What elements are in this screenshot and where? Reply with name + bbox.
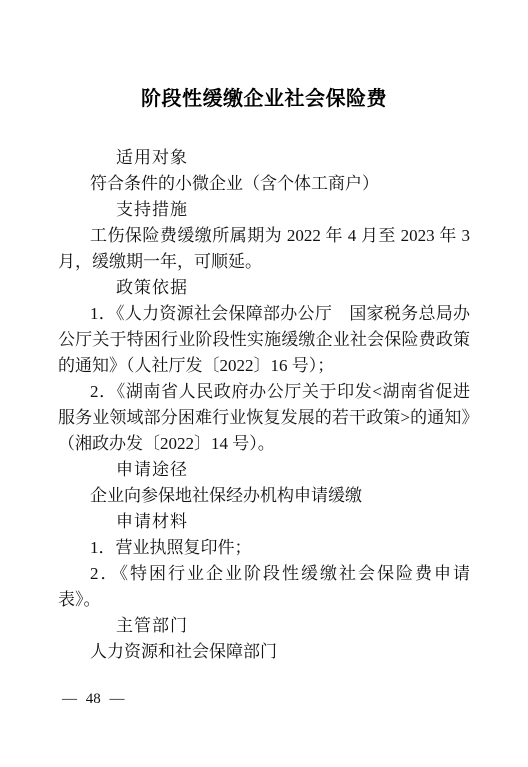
material-item-1: 1．营业执照复印件； xyxy=(58,535,470,561)
section-header-support-measures: 支持措施 xyxy=(58,197,470,223)
page-title: 阶段性缓缴企业社会保险费 xyxy=(0,86,528,112)
material-item-2: 2．《特困行业企业阶段性缓缴社会保险费申请表》。 xyxy=(58,561,470,613)
policy-item-2: 2．《湖南省人民政府办公厅关于印发<湖南省促进服务业领域部分困难行业恢复发展的若… xyxy=(58,379,470,457)
section-header-policy-basis: 政策依据 xyxy=(58,275,470,301)
document-page: 阶段性缓缴企业社会保险费 适用对象 符合条件的小微企业（含个体工商户） 支持措施… xyxy=(0,0,528,767)
paragraph-application-channel: 企业向参保地社保经办机构申请缓缴 xyxy=(58,483,470,509)
section-header-competent-department: 主管部门 xyxy=(58,613,470,639)
paragraph-applicable-targets: 符合条件的小微企业（含个体工商户） xyxy=(58,171,470,197)
section-header-applicable-targets: 适用对象 xyxy=(58,145,470,171)
section-header-application-materials: 申请材料 xyxy=(58,509,470,535)
policy-item-1: 1．《人力资源社会保障部办公厅 国家税务总局办公厅关于特困行业阶段性实施缓缴企业… xyxy=(58,301,470,379)
section-header-application-channel: 申请途径 xyxy=(58,457,470,483)
page-number: — 48 — xyxy=(62,689,125,709)
paragraph-competent-department: 人力资源和社会保障部门 xyxy=(58,639,470,665)
paragraph-support-measures: 工伤保险费缓缴所属期为 2022 年 4 月至 2023 年 3 月，缓缴期一年… xyxy=(58,223,470,275)
document-body: 适用对象 符合条件的小微企业（含个体工商户） 支持措施 工伤保险费缓缴所属期为 … xyxy=(58,145,470,665)
